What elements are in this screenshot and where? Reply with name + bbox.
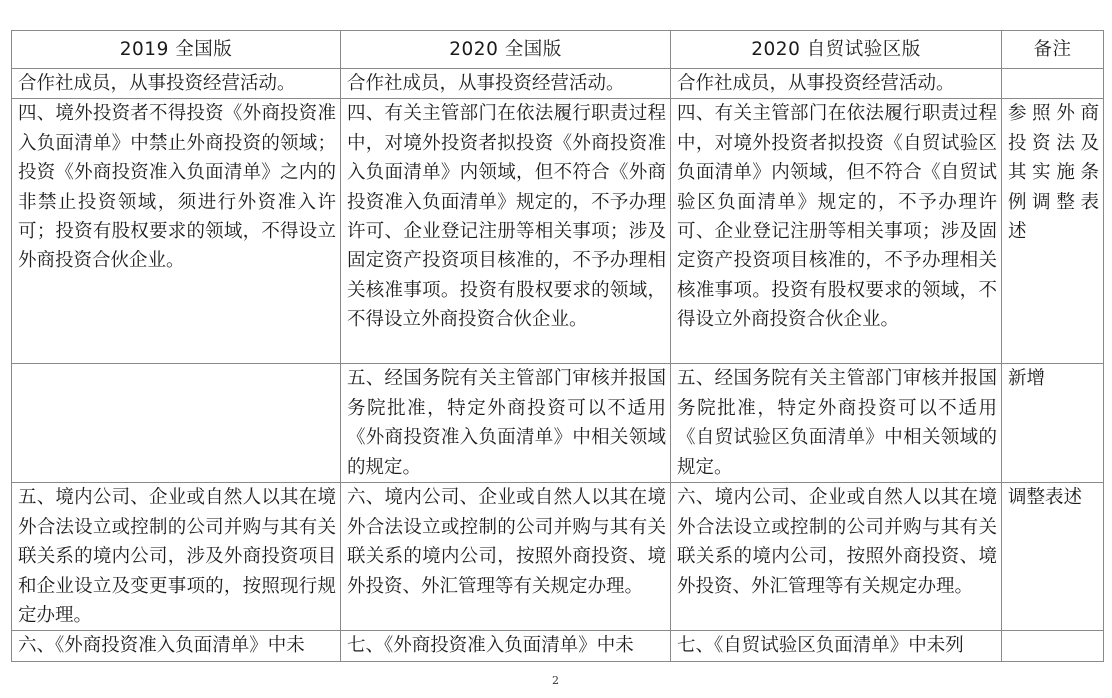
table-row: 五、经国务院有关主管部门审核并报国务院批准，特定外商投资可以不适用《外商投资准入… bbox=[12, 364, 1104, 483]
cell-2020: 合作社成员，从事投资经营活动。 bbox=[341, 69, 671, 99]
header-notes: 备注 bbox=[1002, 31, 1104, 69]
cell-2020: 四、有关主管部门在依法履行职责过程中，对境外投资者拟投资《外商投资准入负面清单》… bbox=[341, 99, 671, 364]
header-2020-national: 2020 全国版 bbox=[341, 31, 671, 69]
cell-note bbox=[1002, 69, 1104, 99]
table-row: 合作社成员，从事投资经营活动。 合作社成员，从事投资经营活动。 合作社成员，从事… bbox=[12, 69, 1104, 99]
cell-2020-ftz: 七、《自贸试验区负面清单》中未列 bbox=[671, 631, 1002, 662]
cell-2020-ftz: 四、有关主管部门在依法履行职责过程中，对境外投资者拟投资《自贸试验区负面清单》内… bbox=[671, 99, 1002, 364]
page-number: 2 bbox=[552, 674, 559, 687]
cell-2020: 五、经国务院有关主管部门审核并报国务院批准，特定外商投资可以不适用《外商投资准入… bbox=[341, 364, 671, 483]
cell-note: 调整表述 bbox=[1002, 483, 1104, 631]
cell-2019: 五、境内公司、企业或自然人以其在境外合法设立或控制的公司并购与其有关联关系的境内… bbox=[12, 483, 341, 631]
table-row: 四、境外投资者不得投资《外商投资准入负面清单》中禁止外商投资的领域；投资《外商投… bbox=[12, 99, 1104, 364]
cell-note bbox=[1002, 631, 1104, 662]
header-2020-ftz: 2020 自贸试验区版 bbox=[671, 31, 1002, 69]
header-2019-national: 2019 全国版 bbox=[12, 31, 341, 69]
cell-note: 新增 bbox=[1002, 364, 1104, 483]
table-row: 五、境内公司、企业或自然人以其在境外合法设立或控制的公司并购与其有关联关系的境内… bbox=[12, 483, 1104, 631]
table-header-row: 2019 全国版 2020 全国版 2020 自贸试验区版 备注 bbox=[12, 31, 1104, 69]
cell-note: 参照外商投资法及其实施条例调整表述 bbox=[1002, 99, 1104, 364]
table-row: 六、《外商投资准入负面清单》中未 七、《外商投资准入负面清单》中未 七、《自贸试… bbox=[12, 631, 1104, 662]
cell-2020-ftz: 合作社成员，从事投资经营活动。 bbox=[671, 69, 1002, 99]
cell-2019: 四、境外投资者不得投资《外商投资准入负面清单》中禁止外商投资的领域；投资《外商投… bbox=[12, 99, 341, 364]
document-page: 2019 全国版 2020 全国版 2020 自贸试验区版 备注 合作社成员，从… bbox=[0, 0, 1112, 698]
cell-2020-ftz: 五、经国务院有关主管部门审核并报国务院批准，特定外商投资可以不适用《自贸试验区负… bbox=[671, 364, 1002, 483]
cell-2020: 七、《外商投资准入负面清单》中未 bbox=[341, 631, 671, 662]
cell-2020-ftz: 六、境内公司、企业或自然人以其在境外合法设立或控制的公司并购与其有关联关系的境内… bbox=[671, 483, 1002, 631]
cell-2019: 六、《外商投资准入负面清单》中未 bbox=[12, 631, 341, 662]
cell-2020: 六、境内公司、企业或自然人以其在境外合法设立或控制的公司并购与其有关联关系的境内… bbox=[341, 483, 671, 631]
cell-2019: 合作社成员，从事投资经营活动。 bbox=[12, 69, 341, 99]
comparison-table: 2019 全国版 2020 全国版 2020 自贸试验区版 备注 合作社成员，从… bbox=[11, 30, 1104, 662]
cell-2019 bbox=[12, 364, 341, 483]
